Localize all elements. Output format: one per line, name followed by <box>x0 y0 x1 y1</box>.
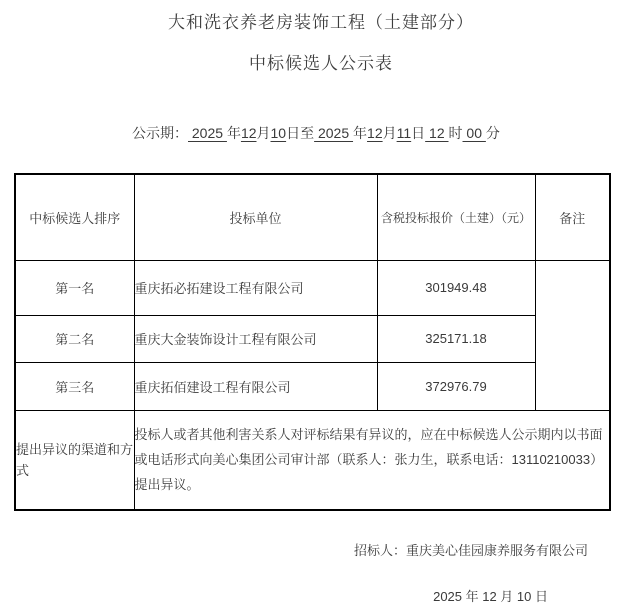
company-cell: 重庆拓必拓建设工程有限公司 <box>134 260 377 315</box>
header-bid-price: 含税投标报价（土建）（元） <box>377 174 535 260</box>
rank-cell: 第二名 <box>15 315 134 362</box>
document-title: 大和洗衣养老房装饰工程（土建部分） <box>0 12 642 34</box>
notice-period-segment: 日至 <box>286 125 314 141</box>
header-bidder-unit: 投标单位 <box>134 174 377 260</box>
objection-label-cell: 提出异议的渠道和方式 <box>15 410 134 510</box>
notice-period-segment: 日 <box>411 125 425 141</box>
notice-period-segment: 00 <box>463 125 486 141</box>
rank-cell: 第三名 <box>15 362 134 410</box>
notice-period-segment: 年 <box>353 125 367 141</box>
notice-period-segment: 公示期： <box>132 125 188 141</box>
table-row: 第一名 重庆拓必拓建设工程有限公司 301949.48 <box>15 260 610 315</box>
notice-period-segment: 11 <box>397 125 412 141</box>
notice-period-segment: 12 <box>425 125 448 141</box>
price-cell: 372976.79 <box>377 362 535 410</box>
header-remark: 备注 <box>535 174 610 260</box>
notice-period-segment: 12 <box>367 125 383 141</box>
objection-text-cell: 投标人或者其他利害关系人对评标结果有异议的，应在中标候选人公示期内以书面或电话形… <box>134 410 610 510</box>
notice-period-segment: 年 <box>227 125 241 141</box>
table-row: 第二名 重庆大金装饰设计工程有限公司 325171.18 <box>15 315 610 362</box>
notice-period-segment: 时 <box>449 125 463 141</box>
document-subtitle: 中标候选人公示表 <box>0 53 642 75</box>
table-header-row: 中标候选人排序 投标单位 含税投标报价（土建）（元） 备注 <box>15 174 610 260</box>
notice-period-segment: 2025 <box>188 125 227 141</box>
company-cell: 重庆拓佰建设工程有限公司 <box>134 362 377 410</box>
objection-row: 提出异议的渠道和方式 投标人或者其他利害关系人对评标结果有异议的，应在中标候选人… <box>15 410 610 510</box>
notice-period-segment: 10 <box>271 125 287 141</box>
date-line: 2025 年 12 月 10 日 <box>433 589 548 605</box>
price-cell: 325171.18 <box>377 315 535 362</box>
table-row: 第三名 重庆拓佰建设工程有限公司 372976.79 <box>15 362 610 410</box>
notice-period-segment: 分 <box>486 125 500 141</box>
rank-cell: 第一名 <box>15 260 134 315</box>
bid-candidates-table: 中标候选人排序 投标单位 含税投标报价（土建）（元） 备注 第一名 重庆拓必拓建… <box>14 173 611 511</box>
price-cell: 301949.48 <box>377 260 535 315</box>
notice-period-segment: 月 <box>257 125 271 141</box>
remark-merged-cell <box>535 260 610 410</box>
notice-period-line: 公示期： 2025 年12月10日至 2025 年12月11日 12 时 00 … <box>132 124 500 142</box>
tenderer-line: 招标人：重庆美心佳园康养服务有限公司 <box>354 543 588 559</box>
header-candidate-rank: 中标候选人排序 <box>15 174 134 260</box>
notice-period-segment: 2025 <box>314 125 353 141</box>
notice-period-segment: 12 <box>241 125 257 141</box>
company-cell: 重庆大金装饰设计工程有限公司 <box>134 315 377 362</box>
notice-period-segment: 月 <box>383 125 397 141</box>
